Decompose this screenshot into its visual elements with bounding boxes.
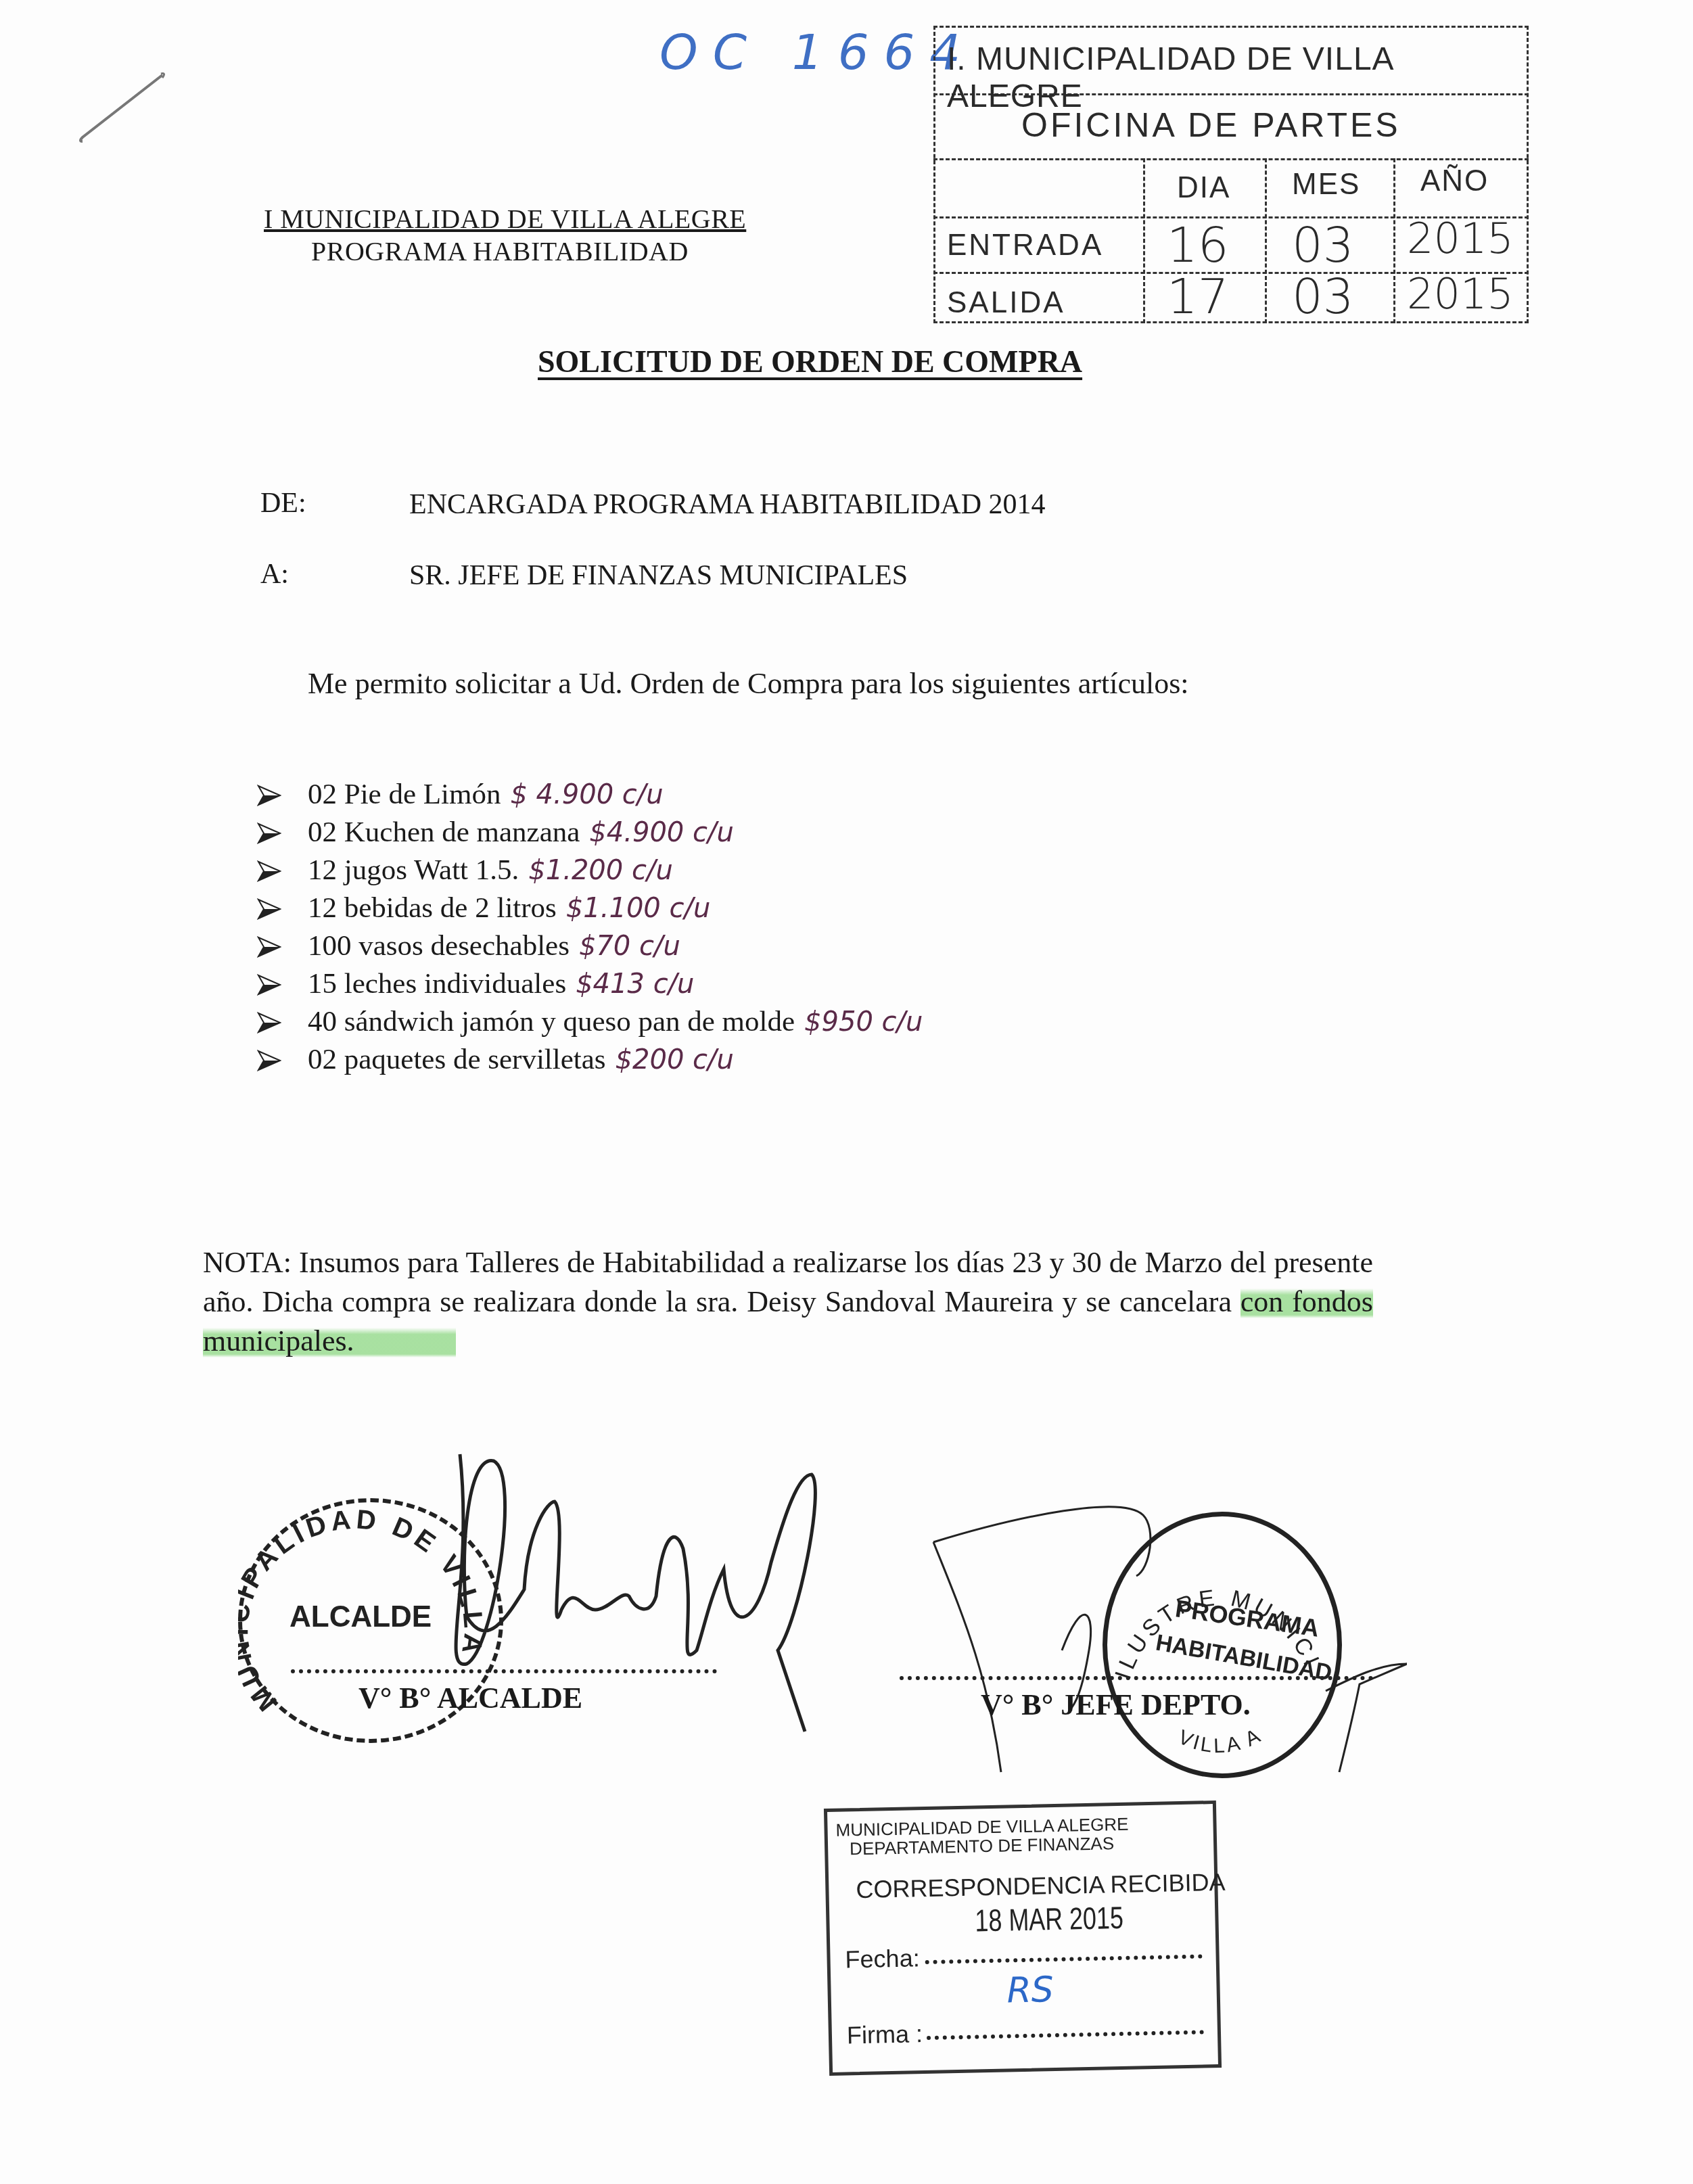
item-description: 12 bebidas de 2 litros xyxy=(308,892,557,924)
document-title: SOLICITUD DE ORDEN DE COMPRA xyxy=(538,344,1082,379)
arrow-bullet-icon xyxy=(257,859,281,883)
fin-initials: RS xyxy=(1006,1970,1054,2011)
arrow-bullet-icon xyxy=(257,1010,281,1035)
to-label: A: xyxy=(260,558,289,590)
item-description: 02 Kuchen de manzana xyxy=(308,816,580,848)
arrow-bullet-icon xyxy=(257,1048,281,1073)
fin-firma-line xyxy=(927,2030,1204,2040)
salida-ano: 2015 xyxy=(1407,269,1514,319)
arrow-bullet-icon xyxy=(257,973,281,997)
list-item: 12 jugos Watt 1.5.$1.200 c/u xyxy=(257,854,1407,891)
item-text: 02 Kuchen de manzana$4.900 c/u xyxy=(308,816,734,849)
entrada-ano: 2015 xyxy=(1407,214,1514,263)
fin-fecha-label: Fecha: xyxy=(845,1944,920,1974)
item-unit-price: $1.100 c/u xyxy=(566,893,711,924)
program-name: PROGRAMA HABITABILIDAD xyxy=(311,235,689,267)
item-description: 15 leches individuales xyxy=(308,968,566,1000)
handwritten-order-number: OC 1664 xyxy=(659,24,975,80)
list-item: 100 vasos desechables$70 c/u xyxy=(257,929,1407,967)
from-label: DE: xyxy=(260,487,306,519)
item-unit-price: $4.900 c/u xyxy=(589,817,734,848)
col-mes: MES xyxy=(1292,168,1360,202)
item-description: 12 jugos Watt 1.5. xyxy=(308,854,519,886)
col-dia: DIA xyxy=(1177,171,1230,205)
fin-line-3: CORRESPONDENCIA RECIBIDA xyxy=(856,1868,1226,1904)
col-ano: AÑO xyxy=(1420,164,1489,198)
institution-name: I MUNICIPALIDAD DE VILLA ALEGRE xyxy=(264,203,746,235)
items-list: 02 Pie de Limón$ 4.900 c/u02 Kuchen de m… xyxy=(257,778,1407,1081)
arrow-bullet-icon xyxy=(257,821,281,845)
stamp-line-1: I. MUNICIPALIDAD DE VILLA ALEGRE xyxy=(947,41,1529,115)
item-description: 100 vasos desechables xyxy=(308,930,570,962)
salida-dia: 17 xyxy=(1167,268,1229,325)
item-text: 40 sándwich jamón y queso pan de molde$9… xyxy=(308,1005,923,1038)
item-text: 15 leches individuales$413 c/u xyxy=(308,967,694,1000)
alcalde-approval-label: V° B° ALCALDE xyxy=(358,1681,582,1715)
row-salida-label: SALIDA xyxy=(947,286,1065,320)
list-item: 02 Kuchen de manzana$4.900 c/u xyxy=(257,816,1407,854)
entrada-dia: 16 xyxy=(1167,216,1229,273)
stamp-col-divider xyxy=(1143,158,1145,323)
fin-fecha-line xyxy=(925,1954,1203,1964)
item-unit-price: $1.200 c/u xyxy=(528,855,673,886)
item-text: 02 Pie de Limón$ 4.900 c/u xyxy=(308,778,664,811)
jefe-signature-line xyxy=(900,1676,1373,1680)
item-text: 02 paquetes de servilletas$200 c/u xyxy=(308,1043,734,1076)
note-paragraph: NOTA: Insumos para Talleres de Habitabil… xyxy=(203,1243,1373,1361)
stamp-line-2: OFICINA DE PARTES xyxy=(1021,106,1401,145)
item-unit-price: $70 c/u xyxy=(579,931,680,962)
item-unit-price: $413 c/u xyxy=(576,969,694,1000)
arrow-bullet-icon xyxy=(257,897,281,921)
stamp-col-divider xyxy=(1265,158,1267,323)
arrow-bullet-icon xyxy=(257,935,281,959)
item-text: 100 vasos desechables$70 c/u xyxy=(308,929,680,962)
paper-clip-mark xyxy=(74,71,169,145)
item-text: 12 bebidas de 2 litros$1.100 c/u xyxy=(308,891,710,925)
item-description: 40 sándwich jamón y queso pan de molde xyxy=(308,1006,795,1038)
fin-received-date: 18 MAR 2015 xyxy=(975,1899,1123,1939)
oficina-partes-stamp: I. MUNICIPALIDAD DE VILLA ALEGRE OFICINA… xyxy=(933,26,1529,323)
fin-firma-label: Firma : xyxy=(847,2020,923,2049)
item-unit-price: $ 4.900 c/u xyxy=(510,779,663,810)
row-entrada-label: ENTRADA xyxy=(947,229,1103,262)
finanzas-received-stamp: MUNICIPALIDAD DE VILLA ALEGRE DEPARTAMEN… xyxy=(824,1800,1222,2076)
item-text: 12 jugos Watt 1.5.$1.200 c/u xyxy=(308,854,673,887)
jefe-approval-label: V° B° JEFE DEPTO. xyxy=(981,1688,1251,1722)
from-value: ENCARGADA PROGRAMA HABITABILIDAD 2014 xyxy=(409,488,1046,521)
item-description: 02 paquetes de servilletas xyxy=(308,1044,606,1075)
item-unit-price: $200 c/u xyxy=(616,1044,734,1075)
list-item: 15 leches individuales$413 c/u xyxy=(257,967,1407,1005)
scanned-document-page: OC 1664 I. MUNICIPALIDAD DE VILLA ALEGRE… xyxy=(0,0,1693,2184)
to-value: SR. JEFE DE FINANZAS MUNICIPALES xyxy=(409,559,908,592)
item-description: 02 Pie de Limón xyxy=(308,779,501,810)
entrada-mes: 03 xyxy=(1292,216,1354,273)
salida-mes: 03 xyxy=(1292,268,1354,325)
item-unit-price: $950 c/u xyxy=(804,1006,923,1038)
list-item: 02 Pie de Limón$ 4.900 c/u xyxy=(257,778,1407,816)
list-item: 02 paquetes de servilletas$200 c/u xyxy=(257,1043,1407,1081)
list-item: 40 sándwich jamón y queso pan de molde$9… xyxy=(257,1005,1407,1043)
list-item: 12 bebidas de 2 litros$1.100 c/u xyxy=(257,891,1407,929)
jefe-depto-seal: ILUSTRE MUNICIPALIDAD VILLA ALEGRE PROGR… xyxy=(1103,1512,1342,1778)
arrow-bullet-icon xyxy=(257,783,281,808)
alcalde-signature-line xyxy=(291,1669,717,1673)
stamp-col-divider xyxy=(1393,158,1395,323)
intro-paragraph: Me permito solicitar a Ud. Orden de Comp… xyxy=(308,666,1189,701)
note-text: NOTA: Insumos para Talleres de Habitabil… xyxy=(203,1246,1373,1318)
